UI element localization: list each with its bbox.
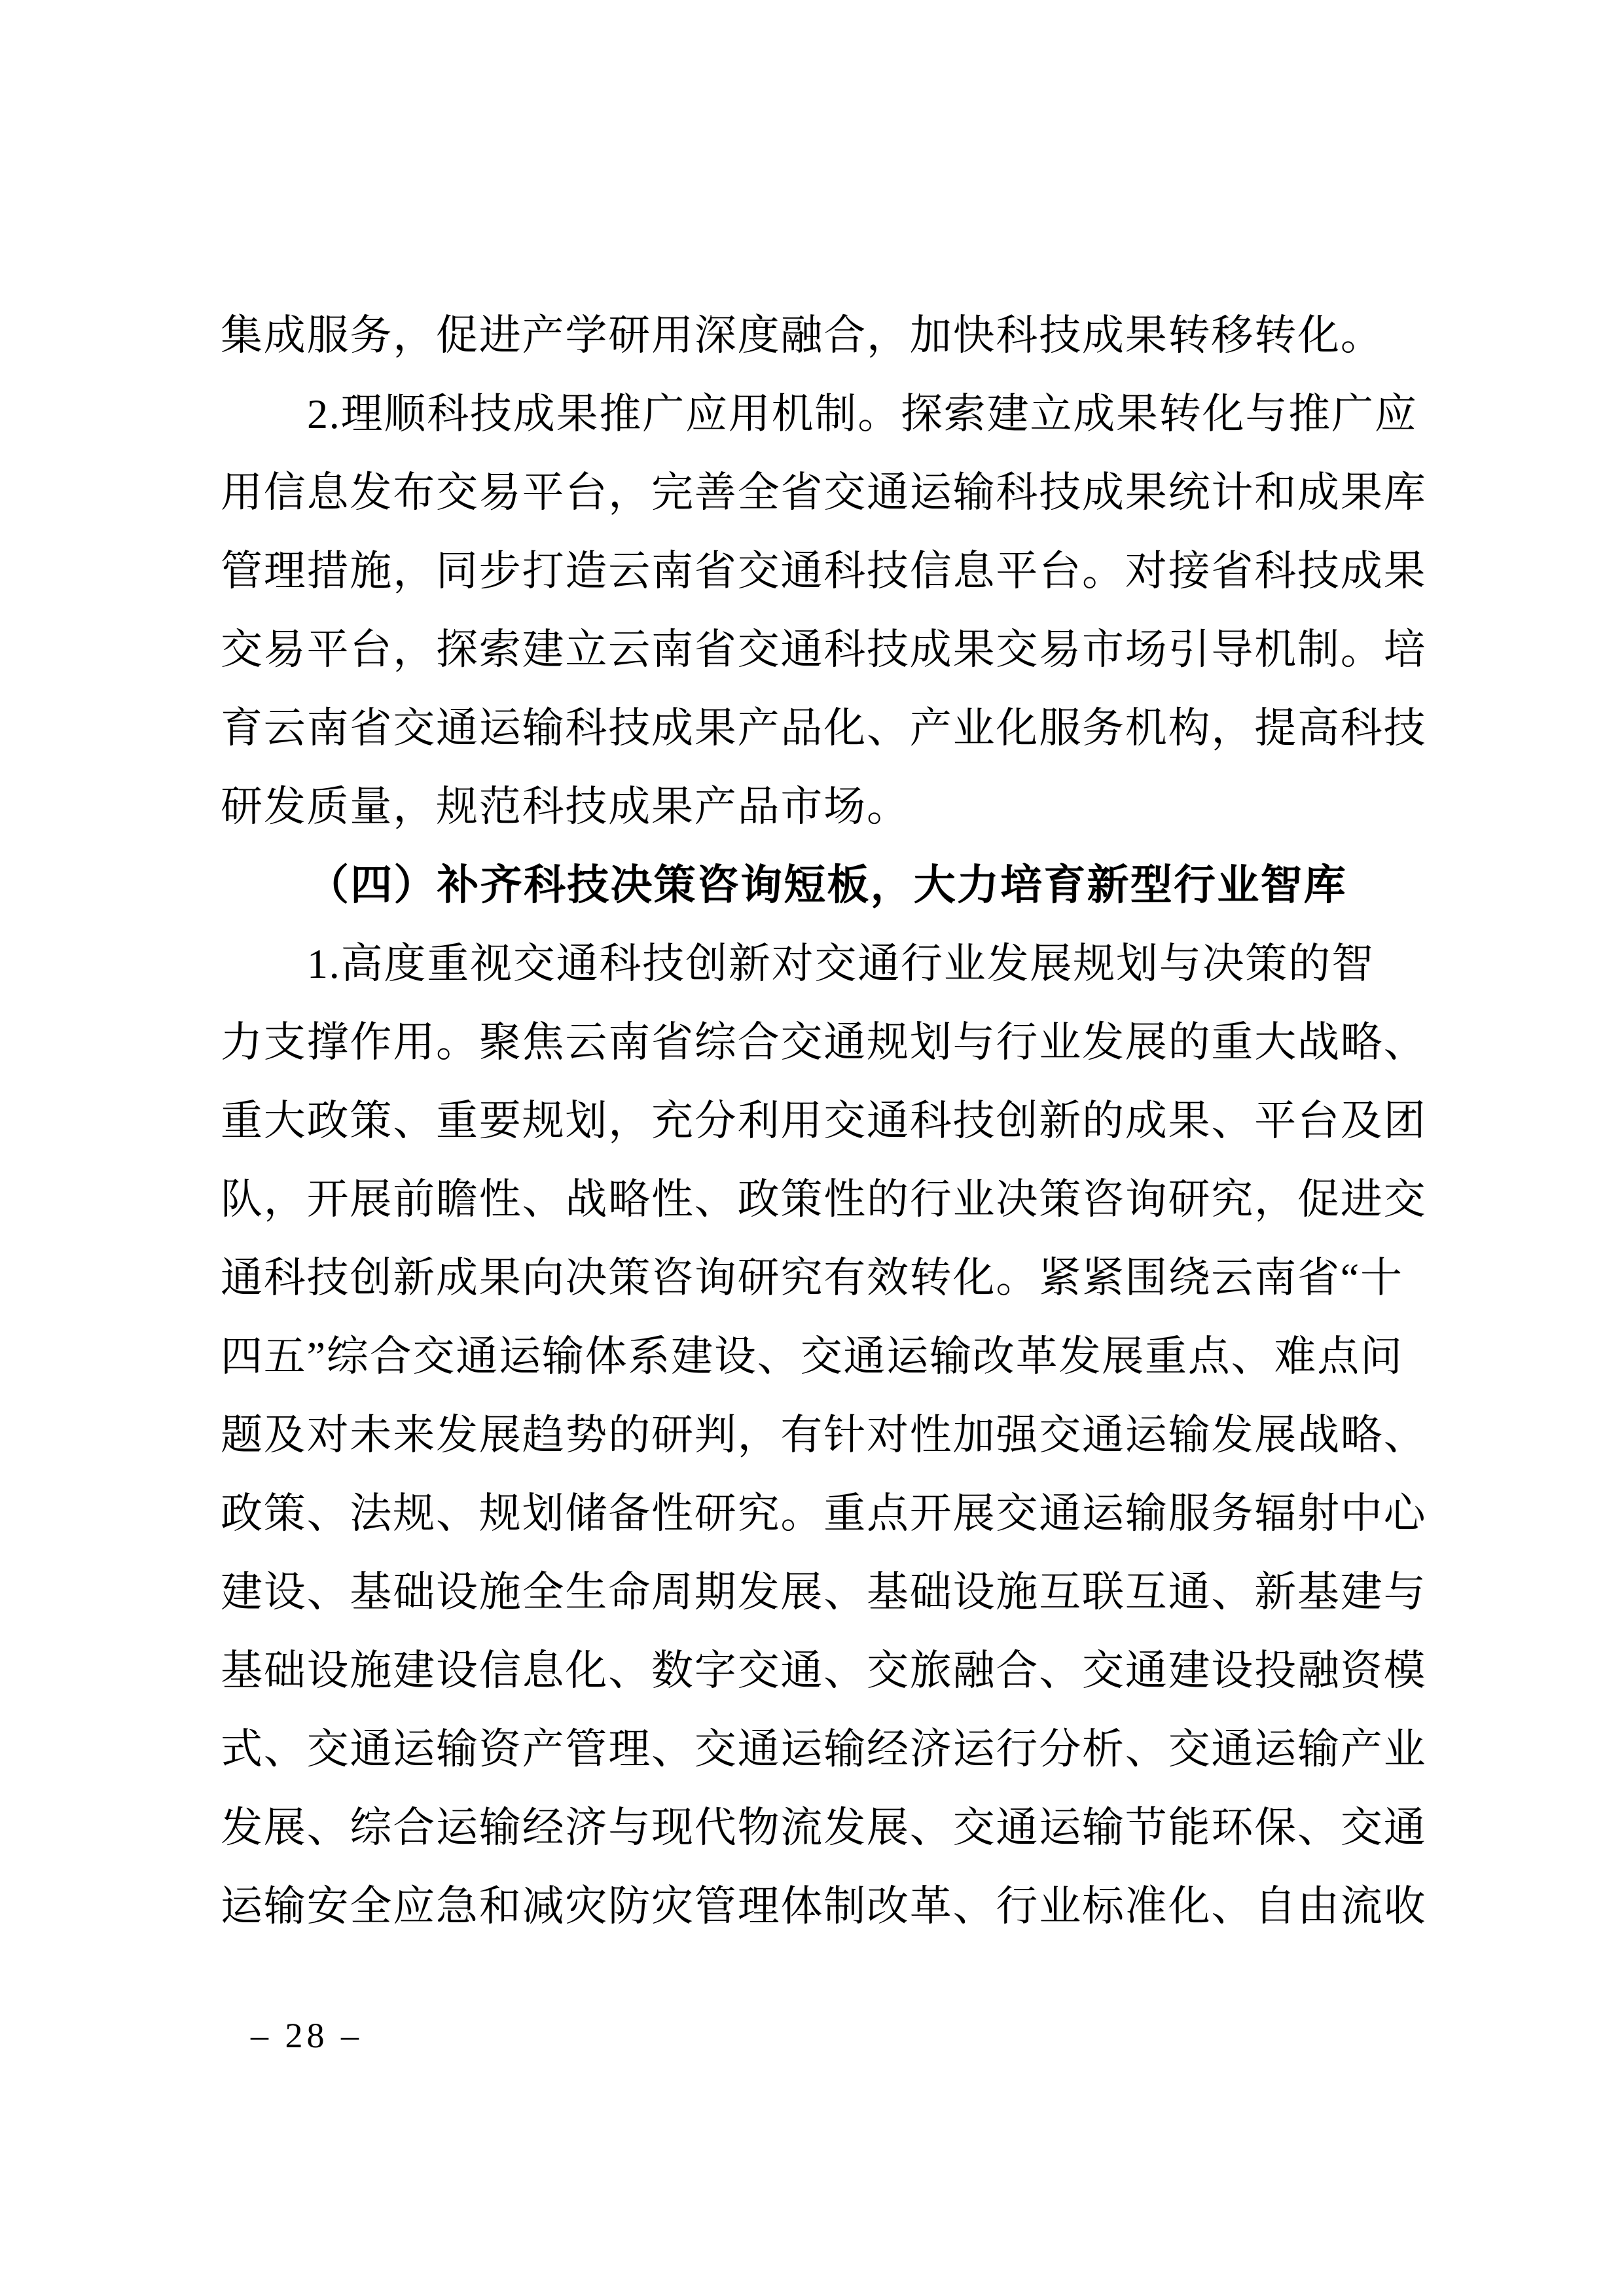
body-line: 研发质量，规范科技成果产品市场。 [221,768,1438,846]
section-heading: （四）补齐科技决策咨询短板，大力培育新型行业智库 [221,846,1438,925]
body-line: 2.理顺科技成果推广应用机制。探索建立成果转化与推广应 [221,375,1438,454]
document-page: 集成服务，促进产学研用深度融合，加快科技成果转移转化。 2.理顺科技成果推广应用… [0,0,1624,2296]
body-line: 发展、综合运输经济与现代物流发展、交通运输节能环保、交通 [221,1789,1438,1867]
body-line: 力支撑作用。聚焦云南省综合交通规划与行业发展的重大战略、 [221,1003,1438,1082]
body-line: 运输安全应急和减灾防灾管理体制改革、行业标准化、自由流收 [221,1867,1438,1946]
page-number-text: – 28 – [251,2016,363,2055]
body-line: 通科技创新成果向决策咨询研究有效转化。紧紧围绕云南省“十 [221,1239,1438,1318]
body-line: 管理措施，同步打造云南省交通科技信息平台。对接省科技成果 [221,532,1438,611]
body-line: 集成服务，促进产学研用深度融合，加快科技成果转移转化。 [221,296,1438,375]
body-line: 队，开展前瞻性、战略性、政策性的行业决策咨询研究，促进交 [221,1160,1438,1239]
body-line: 重大政策、重要规划，充分利用交通科技创新的成果、平台及团 [221,1082,1438,1160]
body-line: 政策、法规、规划储备性研究。重点开展交通运输服务辐射中心 [221,1475,1438,1553]
body-line: 育云南省交通运输科技成果产品化、产业化服务机构，提高科技 [221,689,1438,768]
body-line: 四五”综合交通运输体系建设、交通运输改革发展重点、难点问 [221,1318,1438,1396]
body-line: 式、交通运输资产管理、交通运输经济运行分析、交通运输产业 [221,1710,1438,1789]
body-line: 建设、基础设施全生命周期发展、基础设施互联互通、新基建与 [221,1553,1438,1632]
page-number: – 28 – [251,2016,363,2055]
body-line: 基础设施建设信息化、数字交通、交旅融合、交通建设投融资模 [221,1632,1438,1710]
body-line: 用信息发布交易平台，完善全省交通运输科技成果统计和成果库 [221,454,1438,532]
body-line: 交易平台，探索建立云南省交通科技成果交易市场引导机制。培 [221,611,1438,689]
body-line: 题及对未来发展趋势的研判，有针对性加强交通运输发展战略、 [221,1396,1438,1475]
body-line: 1.高度重视交通科技创新对交通行业发展规划与决策的智 [221,925,1438,1003]
document-body: 集成服务，促进产学研用深度融合，加快科技成果转移转化。 2.理顺科技成果推广应用… [221,296,1438,1946]
